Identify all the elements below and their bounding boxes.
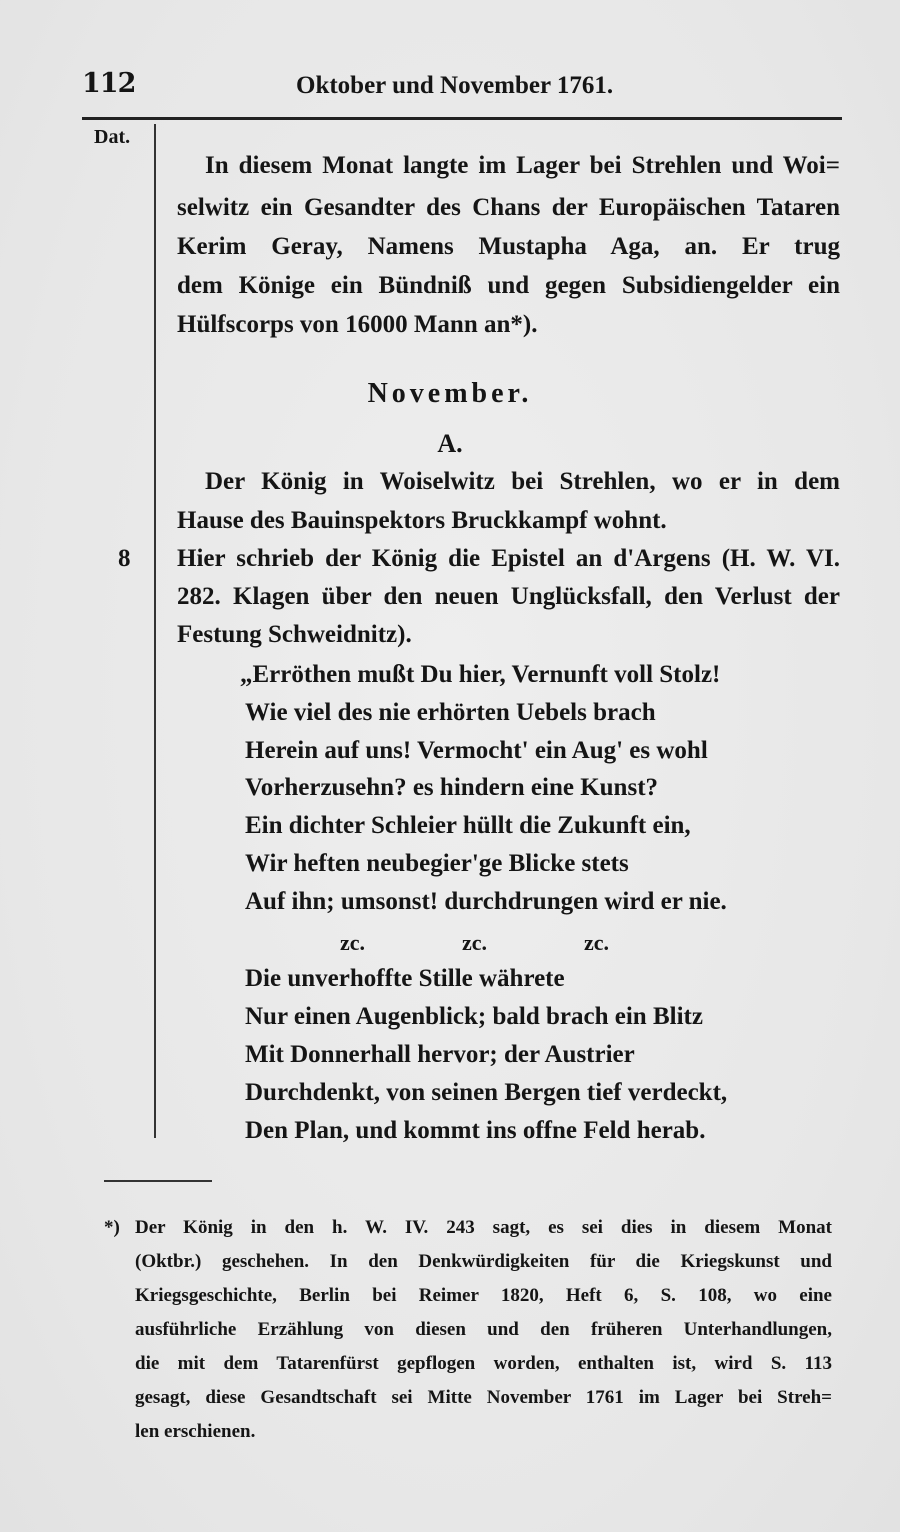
footnote-line: Kriegsgeschichte, Berlin bei Reimer 1820… [135, 1286, 832, 1305]
footnote-line: (Oktbr.) geschehen. In den Denkwürdigkei… [135, 1252, 832, 1271]
verse-line: Den Plan, und kommt ins offne Feld herab… [245, 1118, 705, 1143]
header-rule [82, 117, 842, 120]
text-line: Festung Schweidnitz). [177, 622, 412, 647]
month-heading: November. [0, 380, 900, 408]
verse-line: Wir heften neubegier'ge Blicke stets [245, 851, 629, 876]
text-line: Kerim Geray, Namens Mustapha Aga, an. Er… [177, 234, 840, 259]
footnote-line: ausführliche Erzählung von diesen und de… [135, 1320, 832, 1339]
verse-line: „Erröthen mußt Du hier, Vernunft voll St… [240, 662, 720, 687]
date-entry-day: 8 [118, 546, 131, 571]
footnote-line: die mit dem Tatarenfürst gepflogen worde… [135, 1354, 832, 1373]
footnote-rule [104, 1180, 212, 1182]
text-line: selwitz ein Gesandter des Chans der Euro… [177, 195, 840, 220]
page-number: 112 [82, 68, 135, 99]
text-line: dem Könige ein Bündniß und gegen Subsidi… [177, 273, 840, 298]
footnote-line: gesagt, diese Gesandtschaft sei Mitte No… [135, 1388, 832, 1407]
verse-line: Ein dichter Schleier hüllt die Zukunft e… [245, 813, 691, 838]
text-line: Hier schrieb der König die Epistel an d'… [177, 546, 840, 571]
ellipsis-mark: zc. [462, 930, 487, 956]
text-line: Hause des Bauinspektors Bruckkampf wohnt… [177, 508, 667, 533]
verse-line: Auf ihn; umsonst! durchdrungen wird er n… [245, 889, 727, 914]
section-heading: A. [0, 431, 900, 457]
footnote-line: len erschienen. [135, 1422, 255, 1441]
verse-line: Nur einen Augenblick; bald brach ein Bli… [245, 1004, 703, 1029]
ellipsis-mark: zc. [584, 930, 609, 956]
book-page: 112 Oktober und November 1761. Dat. In d… [0, 0, 900, 1532]
date-column-divider [154, 124, 156, 1138]
text-line: 282. Klagen über den neuen Unglücksfall,… [177, 584, 840, 609]
footnote-line: Der König in den h. W. IV. 243 sagt, es … [135, 1218, 832, 1237]
text-line: Der König in Woiselwitz bei Strehlen, wo… [205, 469, 840, 494]
text-line: Hülfscorps von 16000 Mann an*). [177, 312, 537, 337]
verse-line: Vorherzusehn? es hindern eine Kunst? [245, 775, 658, 800]
text-line: In diesem Monat langte im Lager bei Stre… [205, 153, 840, 178]
verse-line: Mit Donnerhall hervor; der Austrier [245, 1042, 635, 1067]
verse-line: Die unverhoffte Stille währete [245, 966, 565, 991]
verse-line: Herein auf uns! Vermocht' ein Aug' es wo… [245, 738, 708, 763]
ellipsis-mark: zc. [340, 930, 365, 956]
verse-line: Durchdenkt, von seinen Bergen tief verde… [245, 1080, 727, 1105]
verse-line: Wie viel des nie erhörten Uebels brach [245, 700, 656, 725]
date-column-label: Dat. [94, 126, 130, 149]
footnote-marker: *) [104, 1218, 120, 1237]
running-header: Oktober und November 1761. [296, 72, 613, 100]
